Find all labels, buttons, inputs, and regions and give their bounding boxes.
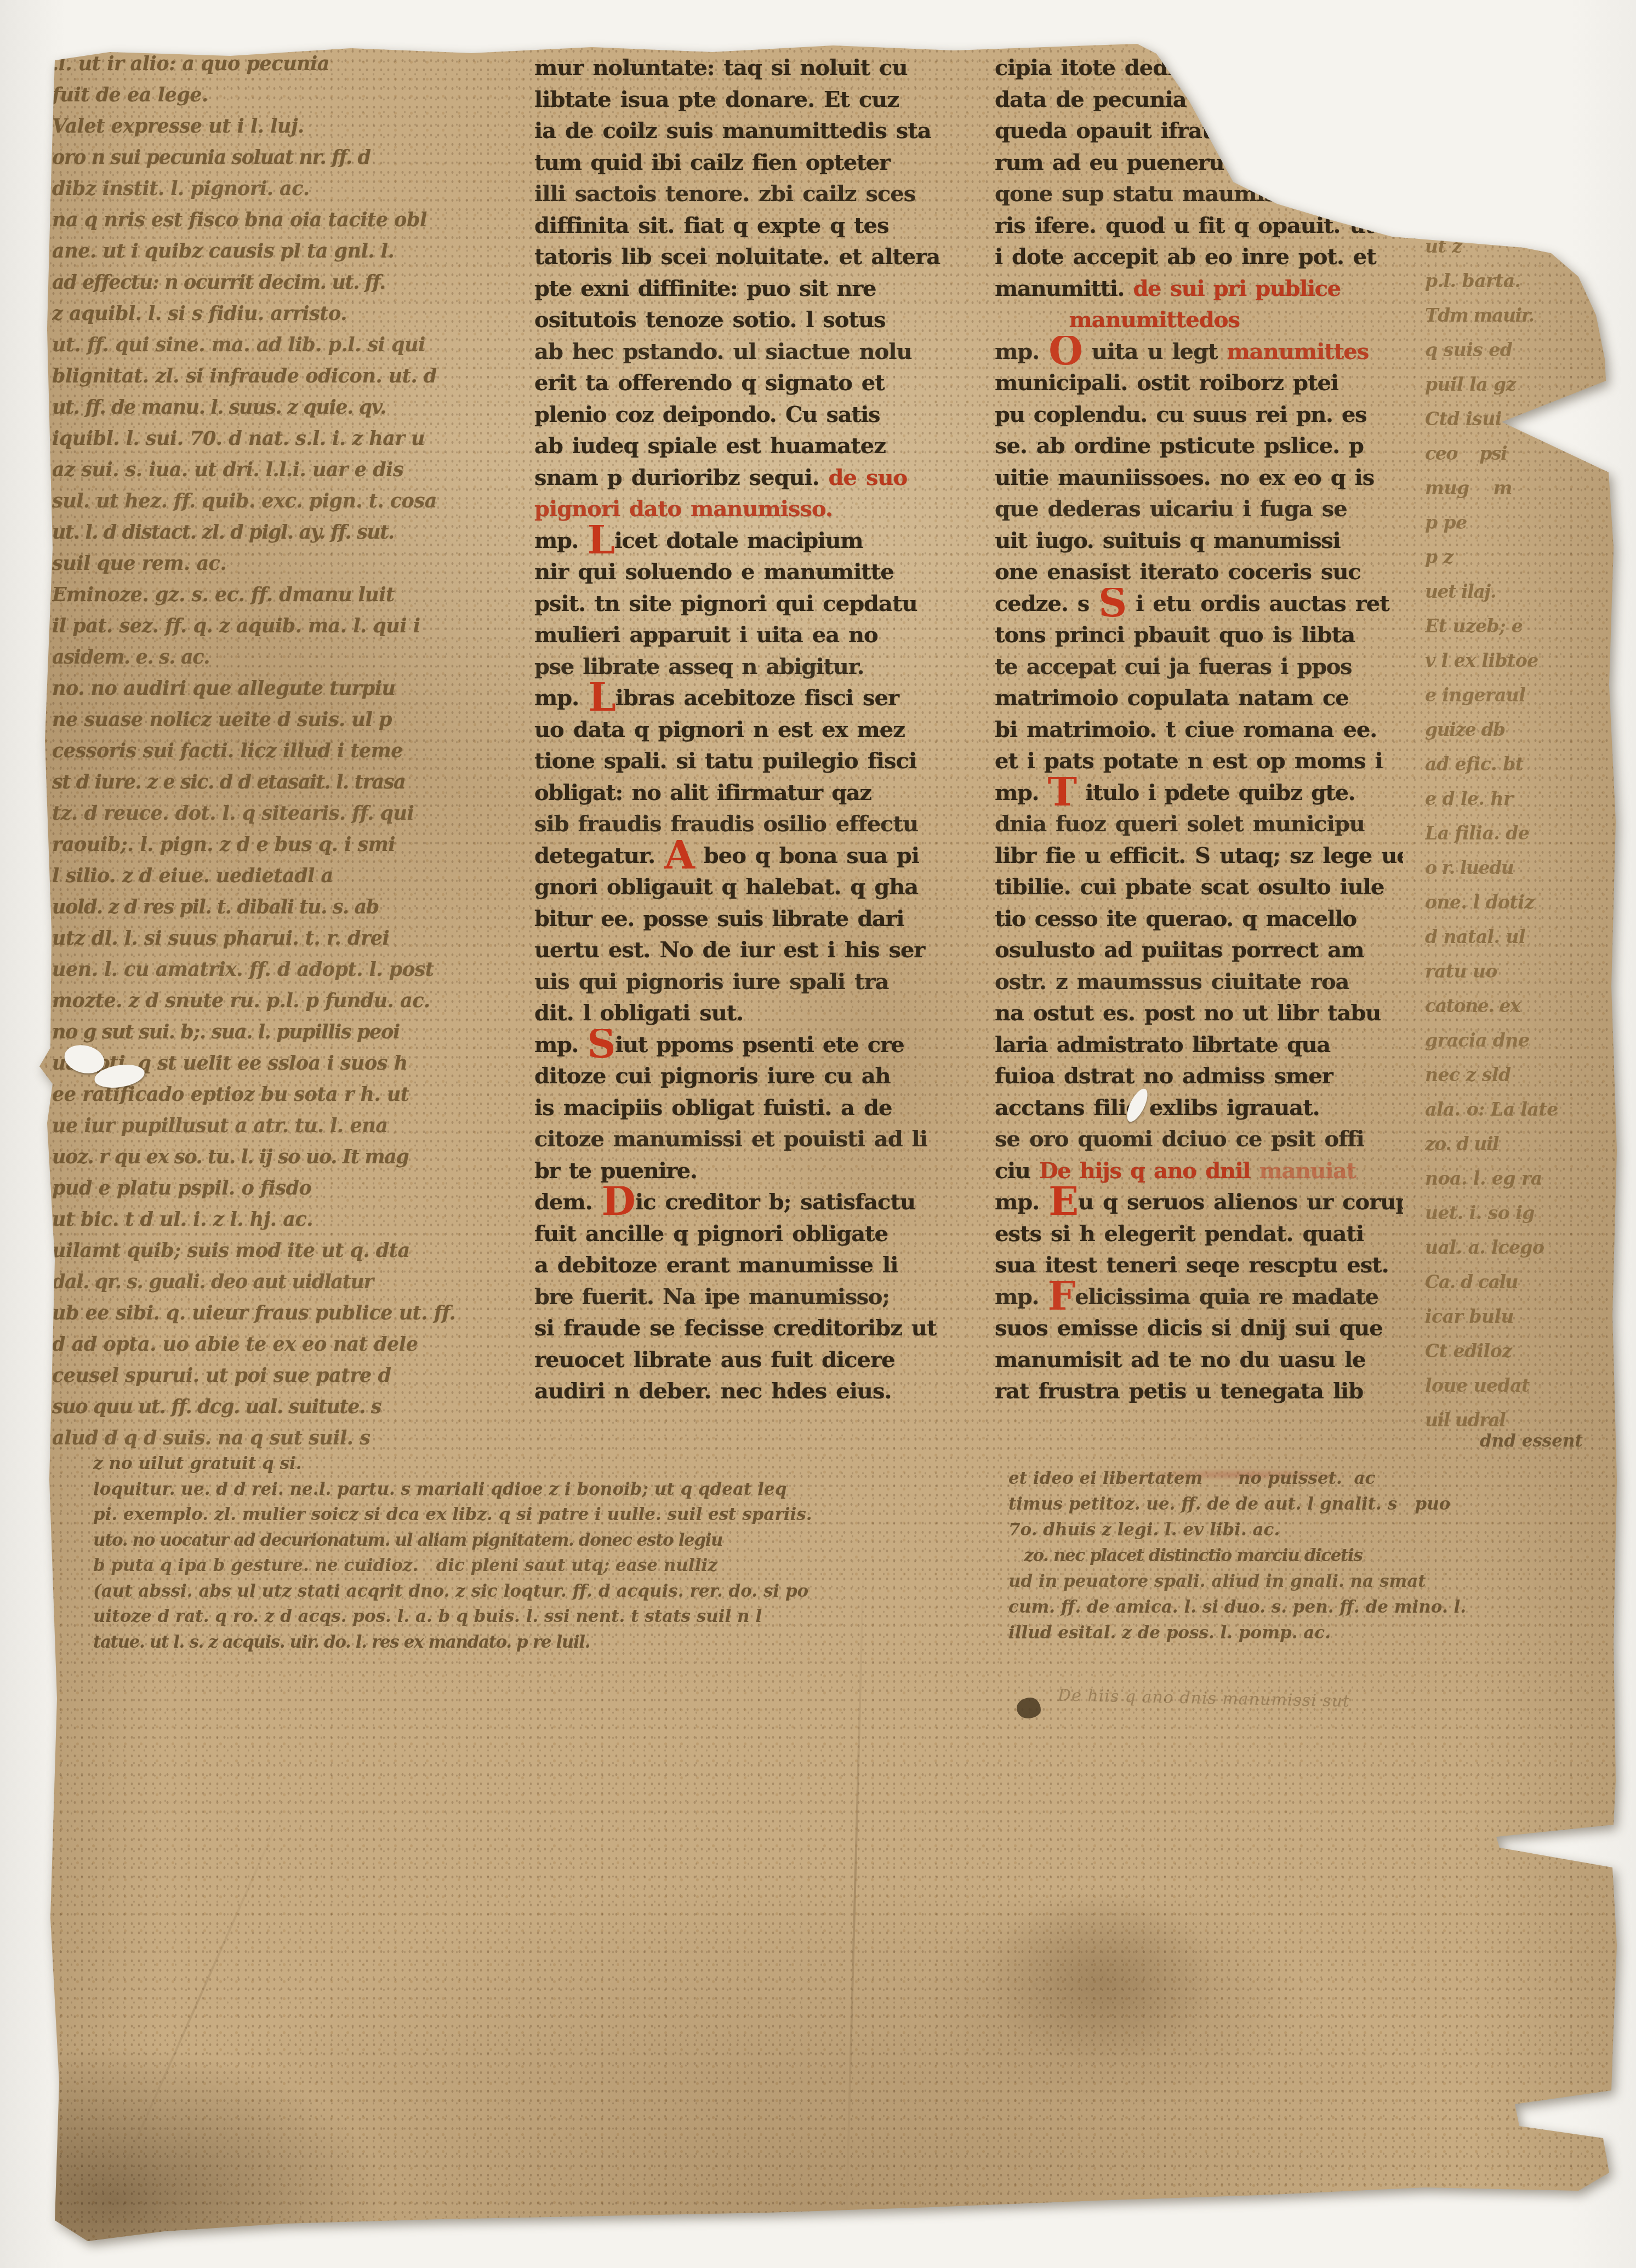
text-line: dibz instit. l. pignori. ac. (52, 173, 534, 204)
text-line: mp. Licet dotale macipium (534, 525, 943, 557)
text-line: Ca. d calu (1425, 1265, 1614, 1299)
text-line: cessoris sui facti. licz illud i teme (52, 735, 534, 767)
text-line: mp. Felicissima quia re madate (995, 1281, 1403, 1313)
text-line: ciu De hijs q ano dnil manuiat (995, 1155, 1403, 1187)
text-line: uoz. r qu ex so. tu. l. ij so uo. It mag (52, 1141, 534, 1173)
text-line: ditoze cui pignoris iure cu ah (534, 1060, 943, 1092)
text-line: tz. d reuce. dot. l. q sitearis. ff. qui (52, 798, 534, 829)
text-line: o r. luedu (1425, 850, 1614, 885)
text-line: ad efic. bt (1425, 747, 1614, 781)
text-line: tatoris lib scei noluitate. et altera (534, 241, 943, 273)
text-line: il pat. sez. ff. q. z aquib. ma. l. qui … (52, 610, 534, 642)
text-line: nec z sld (1425, 1058, 1614, 1092)
text-line: obligat: no alit ifirmatur qaz (534, 777, 943, 809)
text-line: pse librate asseq n abigitur. (534, 651, 943, 683)
text-line: rat frustra petis u tenegata lib (995, 1375, 1403, 1407)
text-line: se. ab ordine psticute pslice. p (995, 430, 1403, 462)
text-line: pu coplendu. cu suus rei pn. es (995, 399, 1403, 431)
text-line: z no uilut gratuit q si. (93, 1451, 981, 1477)
text-line: ositutois tenoze sotio. l sotus (534, 304, 943, 336)
text-line: bre fuerit. Na ipe manumisso; (534, 1281, 943, 1313)
text-line: et i pats potate n est op moms i (995, 745, 1403, 777)
text-line: dem. Dic creditor b; satisfactu (534, 1186, 943, 1218)
text-line: ut. ff. de manu. l. suus. z quie. qv. (52, 392, 534, 423)
parchment-leaf: .l. ut ir alio: a quo pecuniafuit de ea … (0, 0, 1636, 2268)
text-line: bitur ee. posse suis librate dari (534, 903, 943, 935)
text-line: ests si h elegerit pendat. quati (995, 1218, 1403, 1250)
text-line: si fraude se fecisse creditoribz ut (534, 1312, 943, 1344)
bottom-gloss-left: z no uilut gratuit q si.loquitur. ue. d … (93, 1451, 981, 1655)
text-line: fuioa dstrat no admiss smer (995, 1060, 1403, 1092)
text-line: .l. ut ir alio: a quo pecunia (52, 48, 534, 79)
text-line: tatue. ut l. s. z acquis. uir. do. l. re… (93, 1630, 981, 1655)
text-line: uitie mauniissoes. no ex eo q is (995, 462, 1403, 494)
text-line: icar bulu (1425, 1299, 1614, 1334)
text-line: ane. ut i quibz causis pl ta gnl. l. (52, 236, 534, 267)
text-line: uit iugo. suituis q manumissi (995, 525, 1403, 557)
text-line: puil la gz (1425, 367, 1614, 402)
parchment-leaf-wrapper: .l. ut ir alio: a quo pecuniafuit de ea … (0, 0, 1636, 2268)
text-line: one. l dotiz (1425, 885, 1614, 919)
text-line: osulusto ad puiitas porrect am (995, 934, 1403, 966)
text-line: laria admistrato librtate qua (995, 1029, 1403, 1061)
text-line: (aut abssi. abs ul utz stati acqrit dno.… (93, 1579, 981, 1604)
text-line: mp. Eu q seruos alienos ur corupi (995, 1186, 1403, 1218)
text-line: iquibl. l. sui. 70. d nat. s.l. i. z har… (52, 423, 534, 454)
marginal-gloss-column: dut zp.l. barta.Tdm mauir.q suis edpuil … (1425, 195, 1614, 1437)
text-line: uet ilaj. (1425, 574, 1614, 609)
text-line: dal. qr. s. guali. deo aut uidlatur (52, 1266, 534, 1298)
text-line: ad effectu: n ocurrit decim. ut. ff. (52, 267, 534, 298)
text-line: no. no audiri que allegute turpiu (52, 673, 534, 704)
text-line: data de pecunia dotis mari. (995, 84, 1403, 116)
text-line: ratu uo (1425, 954, 1614, 989)
text-line: ut z (1425, 229, 1614, 264)
text-line: ceo psi (1425, 436, 1614, 471)
text-line: d ad opta. uo abie te ex eo nat dele (52, 1329, 534, 1360)
text-line: Ct ediloz (1425, 1334, 1614, 1368)
text-line: plenio coz deipondo. Cu satis (534, 399, 943, 431)
text-line: La filia. de (1425, 816, 1614, 850)
text-line: mulieri apparuit i uita ea no (534, 619, 943, 651)
text-line: az sui. s. iua. ut dri. l.l.i. uar e dis (52, 454, 534, 485)
text-line: ab iudeq spiale est huamatez (534, 430, 943, 462)
text-line: uilamt quib; suis mod ite ut q. dta (52, 1235, 534, 1266)
text-line: fuit ancille q pignori obligate (534, 1218, 943, 1250)
text-line: v l ex libtoe (1425, 643, 1614, 678)
text-line: tione spali. si tatu puilegio fisci (534, 745, 943, 777)
text-line: citoze manumissi et pouisti ad li (534, 1123, 943, 1155)
text-line: alud d q d suis. na q sut suil. s (52, 1423, 534, 1454)
text-line: noa. l. eg ra (1425, 1161, 1614, 1196)
text-line: na ostut es. post no ut libr tabu (995, 997, 1403, 1029)
text-line: psit. tn site pignori qui cepdatu (534, 588, 943, 620)
text-line: pte exni diffinite: puo sit nre (534, 273, 943, 305)
text-line: que dederas uicariu i fuga se (995, 493, 1403, 525)
text-line: guize db (1425, 712, 1614, 747)
scanned-manuscript-page: { "palette": { "scan_background": "#f5f3… (0, 0, 1636, 2268)
text-line: uold. z d res pil. t. dibali tu. s. ab (52, 892, 534, 923)
text-line: tum quid ibi cailz fien opteter (534, 147, 943, 179)
text-line: reuocet librate aus fuit dicere (534, 1344, 943, 1376)
text-line: zo. d uil (1425, 1127, 1614, 1161)
text-line: e d le. hr (1425, 781, 1614, 816)
text-line: municipali. ostit roiborz ptei (995, 367, 1403, 399)
text-line: p pe (1425, 505, 1614, 540)
text-line: q suis ed (1425, 333, 1614, 367)
text-line: uto. no uocatur ad decurionatum. ul alia… (93, 1528, 981, 1553)
text-line: ue iur pupillusut a atr. tu. l. ena (52, 1110, 534, 1141)
text-line: manumittedos (995, 304, 1403, 336)
text-line: illud esital. z de poss. l. pomp. ac. (1008, 1620, 1611, 1646)
text-line: matrimoio copulata natam ce (995, 682, 1403, 714)
text-line: z aquibl. l. si s fidiu. arristo. (52, 298, 534, 329)
text-line: ual. a. lcego (1425, 1230, 1614, 1265)
text-line: e ingeraul (1425, 678, 1614, 712)
text-line: illi sactois tenore. zbi cailz sces (534, 178, 943, 210)
text-line: se oro quomi dciuo ce psit offi (995, 1123, 1403, 1155)
text-line: one enasist iterato coceris suc (995, 556, 1403, 588)
text-line: libr fie u efficit. S utaq; sz lege ue (995, 840, 1403, 872)
text-line: catone. ex (1425, 989, 1614, 1023)
text-line: suos emisse dicis si dnij sui que (995, 1312, 1403, 1344)
text-line: Tdm mauir. (1425, 298, 1614, 333)
text-column-left: .l. ut ir alio: a quo pecuniafuit de ea … (52, 48, 534, 1454)
text-line: ne suase nolicz ueite d suis. ul p (52, 704, 534, 735)
text-line: ab hec pstando. ul siactue nolu (534, 336, 943, 368)
text-line: queda opauit ifratoilz dnia d (995, 115, 1403, 147)
text-line: oro n sui pecunia soluat nr. ff. d (52, 142, 534, 173)
text-line: zo. nec placet distinctio marciu dicetis (1008, 1543, 1611, 1569)
text-line: ut. ff. qui sine. ma. ad lib. p.l. si qu… (52, 329, 534, 361)
text-line: l silio. z d eiue. uedietadl a (52, 860, 534, 892)
text-line: fuit de ea lege. (52, 79, 534, 111)
text-line: rum ad eu puenerut. Iaq frusta (995, 147, 1403, 179)
text-line: mug m (1425, 471, 1614, 505)
text-line: snam p durioribz sequi. de suo (534, 462, 943, 494)
text-line: uitoze d rat. q ro. z d acqs. pos. l. a.… (93, 1604, 981, 1630)
text-line: raouib;. l. pign. z d e bus q. i smi (52, 829, 534, 860)
text-line: p.l. barta. (1425, 264, 1614, 298)
text-line: ceusel spurui. ut poi sue patre d (52, 1360, 534, 1391)
text-line: pi. exemplo. zl. mulier soicz si dca ex … (93, 1502, 981, 1528)
text-line: mp. T itulo i pdete quibz gte. (995, 777, 1403, 809)
text-column-middle: mur noluntate: taq si noluit culibtate i… (534, 52, 943, 1407)
text-line: b puta q ipa b gesture. ne cuidioz. dic … (93, 1553, 981, 1579)
text-line: dit. l obligati sut. (534, 997, 943, 1029)
text-line: Ctd isui (1425, 402, 1614, 436)
text-line: cum. ff. de amica. l. si duo. s. pen. ff… (1008, 1595, 1611, 1620)
text-line: ostr. z maumssus ciuitate roa (995, 966, 1403, 998)
text-line: st d iure. z e sic. d d etasait. l. tras… (52, 767, 534, 798)
text-line: no g sut sui. b;. sua. l. pupillis peoi (52, 1016, 534, 1048)
text-line: mozte. z d snute ru. p.l. p fundu. ac. (52, 985, 534, 1016)
text-line: na q nris est fisco bna oia tacite obl (52, 204, 534, 236)
text-line: loue uedat (1425, 1368, 1614, 1403)
text-line: pignori dato manumisso. (534, 493, 943, 525)
text-line: utz dl. l. si suus pharui. t. r. drei (52, 923, 534, 954)
text-line: tibilie. cui pbate scat osulto iule (995, 871, 1403, 903)
text-line: sib fraudis fraudis osilio effectu (534, 808, 943, 840)
text-line: pud e platu pspil. o fisdo (52, 1173, 534, 1204)
text-line: uo data q pignori n est ex mez (534, 714, 943, 746)
text-line: ud in peuatore spali. aliud in gnali. na… (1008, 1569, 1611, 1595)
text-line: uertu est. No de iur est i his ser (534, 934, 943, 966)
text-line: ut. l. d distact. zl. d pigl. ay. ff. su… (52, 517, 534, 548)
text-line: diffinita sit. fiat q expte q tes (534, 210, 943, 242)
text-line: erit ta offerendo q signato et (534, 367, 943, 399)
bottom-gloss-right: et ideo ei libertatem no puisset. actimu… (1008, 1466, 1611, 1646)
text-line: dnia fuoz queri solet municipu (995, 808, 1403, 840)
text-line: 7o. dhuis z legi. l. ev libi. ac. (1008, 1517, 1611, 1543)
text-line: tio cesso ite querao. q macello (995, 903, 1403, 935)
text-line: tons princi pbauit quo is libta (995, 619, 1403, 651)
text-line: uen. l. cu amatrix. ff. d adopt. l. post (52, 954, 534, 985)
text-line: is macipiis obligat fuisti. a de (534, 1092, 943, 1124)
text-line: ub ee sibi. q. uieur fraus publice ut. f… (52, 1298, 534, 1329)
text-line: uis qui pignoris iure spali tra (534, 966, 943, 998)
text-line: nir qui soluendo e manumitte (534, 556, 943, 588)
text-line: manumisit ad te no du uasu le (995, 1344, 1403, 1376)
text-line: sua itest teneri seqe rescptu est. (995, 1249, 1403, 1281)
text-line: mp. Siut ppoms psenti ete cre (534, 1029, 943, 1061)
gloss-fragment: dnd essent (1480, 1431, 1583, 1451)
text-line: te accepat cui ja fueras i ppos (995, 651, 1403, 683)
text-line: timus petitoz. ue. ff. de de aut. l gnal… (1008, 1492, 1611, 1517)
text-line: br te puenire. (534, 1155, 943, 1187)
text-line: asidem. e. s. ac. (52, 642, 534, 673)
text-line: ala. o: La late (1425, 1092, 1614, 1127)
ink-blot (1017, 1698, 1041, 1718)
text-line: ris ifere. quod u fit q opauit. ut (995, 210, 1403, 242)
text-line: mp. Libras acebitoze fisci ser (534, 682, 943, 714)
text-line: ut bic. t d ul. i. z l. hj. ac. (52, 1204, 534, 1235)
text-line: a debitoze erant manumisse li (534, 1249, 943, 1281)
text-line: p z (1425, 540, 1614, 574)
text-line: ia de coilz suis manumittedis sta (534, 115, 943, 147)
text-line: sul. ut hez. ff. quib. exc. pign. t. cos… (52, 485, 534, 517)
text-line: i dote accepit ab eo inre pot. et (995, 241, 1403, 273)
text-line: gnori obligauit q halebat. q gha (534, 871, 943, 903)
text-line: d natal. ul (1425, 919, 1614, 954)
text-line: suo quu ut. ff. dcg. ual. suitute. s (52, 1391, 534, 1423)
text-line: libtate isua pte donare. Et cuz (534, 84, 943, 116)
text-line: loquitur. ue. d d rei. ne.l. partu. s ma… (93, 1477, 981, 1503)
text-line: gracia dne (1425, 1023, 1614, 1058)
text-line: uet. i. so ig (1425, 1196, 1614, 1230)
text-column-right: cipia itote dedisti.data de pecunia doti… (995, 52, 1403, 1407)
text-line: et ideo ei libertatem no puisset. ac (1008, 1466, 1611, 1492)
text-line: qone sup statu maumissoz cona (995, 178, 1403, 210)
text-line: bi matrimoio. t ciue romana ee. (995, 714, 1403, 746)
text-line: detegatur. A beo q bona sua pi (534, 840, 943, 872)
text-line: acctans filio exlibs igrauat. (995, 1092, 1403, 1124)
text-line: cipia itote dedisti. (995, 52, 1403, 84)
text-line: Valet expresse ut i l. luj. (52, 111, 534, 142)
text-line: d (1425, 195, 1614, 229)
text-line: blignitat. zl. si infraude odicon. ut. d (52, 361, 534, 392)
text-line: Eminoze. gz. s. ec. ff. dmanu luit (52, 579, 534, 610)
text-line: mp. O uita u legt manumittes (995, 336, 1403, 368)
text-line: mur noluntate: taq si noluit cu (534, 52, 943, 84)
text-line: Et uzeb; e (1425, 609, 1614, 643)
text-line: suil que rem. ac. (52, 548, 534, 579)
text-line: cedze. s S i etu ordis auctas ret (995, 588, 1403, 620)
text-line: audiri n deber. nec hdes eius. (534, 1375, 943, 1407)
text-line: manumitti. de sui pri publice (995, 273, 1403, 305)
